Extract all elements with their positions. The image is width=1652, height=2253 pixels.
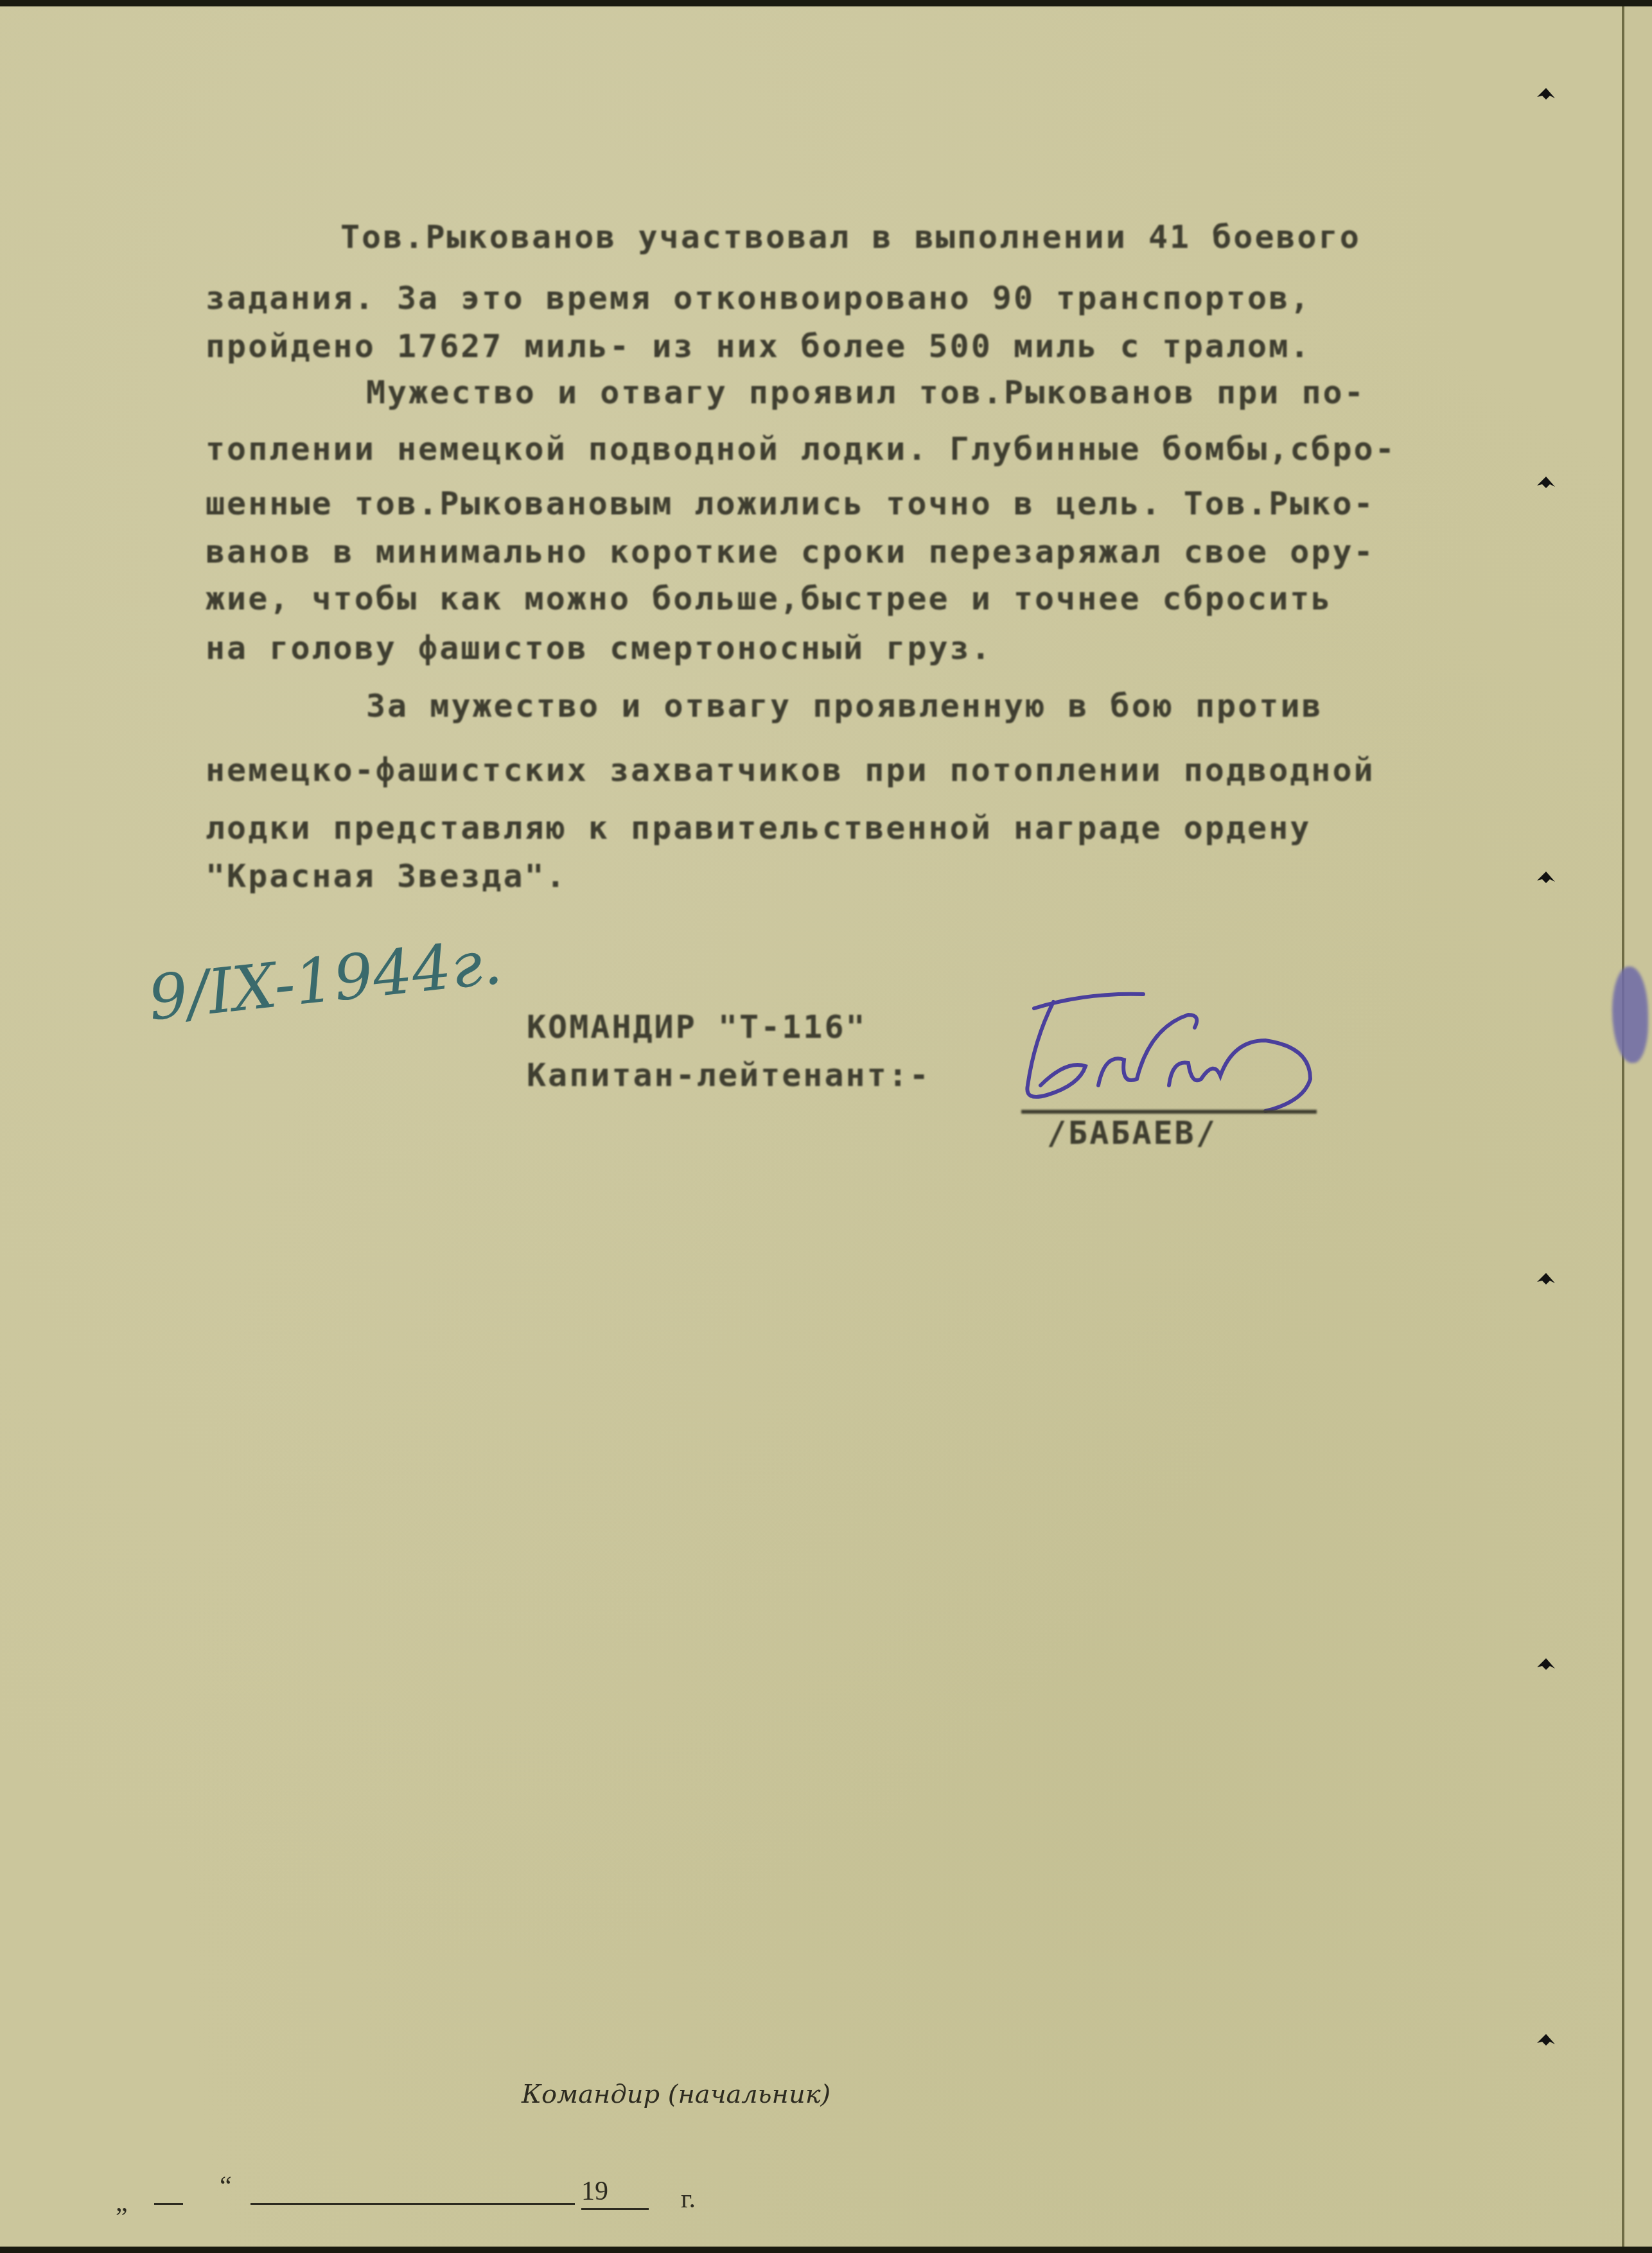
binding-hole-icon — [1532, 864, 1561, 893]
signature — [1008, 989, 1342, 1118]
binding-strip — [1624, 6, 1652, 2247]
signatory-title: КОМАНДИР "Т-116" — [527, 1008, 867, 1046]
typed-line: топлении немецкой подводной лодки. Глуби… — [206, 430, 1396, 468]
typed-line: жие, чтобы как можно больше,быстрее и то… — [206, 580, 1332, 617]
typed-line: Мужество и отвагу проявил тов.Рыкованов … — [366, 374, 1366, 411]
typed-line: задания. За это время отконвоировано 90 … — [206, 279, 1311, 317]
binding-hole-icon — [1532, 80, 1561, 110]
day-blank — [154, 2203, 183, 2205]
typed-line: немецко-фашистских захватчиков при потоп… — [206, 751, 1375, 789]
binding-hole-icon — [1532, 1651, 1561, 1680]
typed-line: на голову фашистов смертоносный груз. — [206, 629, 992, 667]
signature-line — [1021, 1110, 1317, 1114]
document-page: Тов.Рыкованов участвовал в выполнении 41… — [0, 6, 1652, 2247]
binding-hole-icon — [1532, 469, 1561, 498]
typed-line: пройдено 17627 миль- из них более 500 ми… — [206, 328, 1311, 365]
ink-stain — [1612, 967, 1648, 1063]
year-blank — [581, 2208, 649, 2210]
handwritten-date: 9/IX-1944г. — [145, 925, 505, 1034]
year-suffix: г. — [681, 2184, 696, 2214]
month-blank — [250, 2203, 575, 2205]
typed-name: /БАБАЕВ/ — [1047, 1114, 1217, 1152]
typed-line: ванов в минимально короткие сроки переза… — [206, 533, 1375, 570]
signatory-rank: Капитан-лейтенант:- — [527, 1056, 931, 1094]
typed-line: "Красная Звезда". — [206, 857, 567, 895]
typed-line: лодки представляю к правительственной на… — [206, 809, 1311, 846]
close-quote: “ — [220, 2171, 232, 2202]
form-label-commander: Командир (начальник) — [522, 2080, 830, 2109]
binding-hole-icon — [1532, 1265, 1561, 1295]
typed-line: Тов.Рыкованов участвовал в выполнении 41… — [340, 218, 1361, 256]
binding-hole-icon — [1532, 2026, 1561, 2056]
signature-icon — [1008, 989, 1342, 1118]
typed-line: шенные тов.Рыковановым ложились точно в … — [206, 485, 1375, 522]
open-quote: „ — [116, 2187, 128, 2218]
typed-line: За мужество и отвагу проявленную в бою п… — [366, 687, 1323, 724]
year-prefix: 19 — [581, 2176, 608, 2207]
